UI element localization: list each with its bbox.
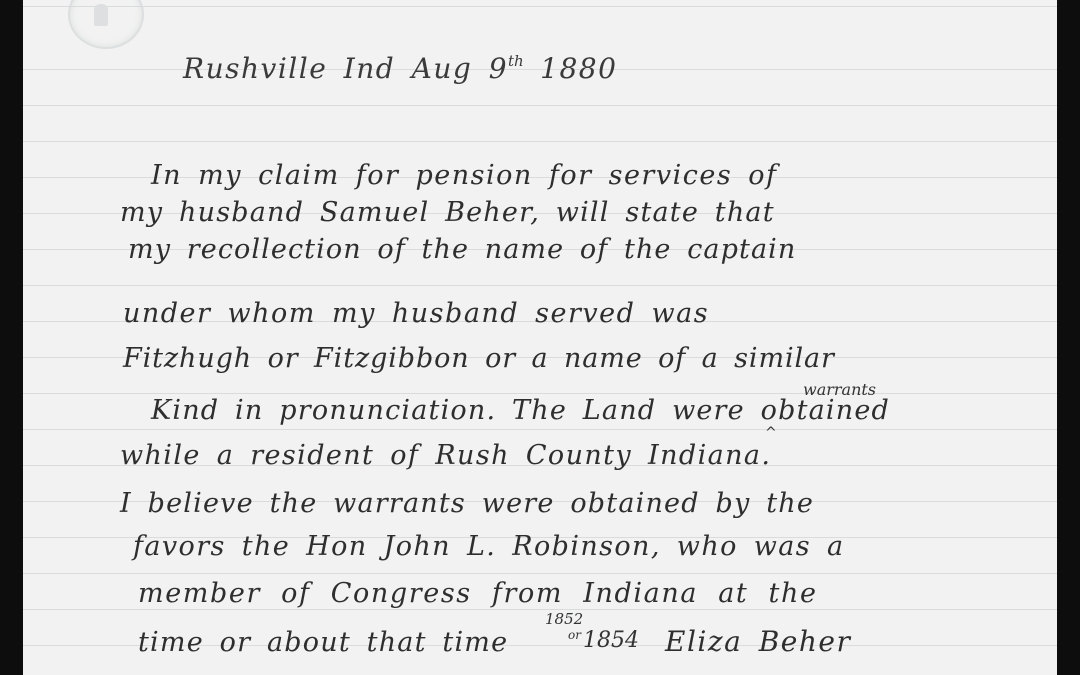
body-line-11: time or about that time: [138, 627, 508, 658]
dateline-day-suffix: th: [508, 52, 524, 70]
body-line-1: In my claim for pension for services of: [151, 160, 778, 191]
dateline: Rushville Ind Aug 9th 1880: [183, 52, 617, 85]
body-line-2: my husband Samuel Beher, will state that: [120, 197, 775, 228]
seal-emblem-icon: [94, 4, 108, 26]
inserted-year-1854: 1854: [583, 628, 639, 653]
body-line-3: my recollection of the name of the capta…: [128, 234, 796, 265]
inserted-year-joiner: or: [568, 628, 581, 642]
body-line-6: Kind in pronunciation. The Land were obt…: [151, 395, 890, 426]
inserted-word-warrants: warrants: [803, 380, 876, 399]
dateline-year: 1880: [540, 52, 617, 85]
dateline-month: Aug: [412, 52, 473, 85]
body-line-7: while a resident of Rush County Indiana.: [120, 440, 771, 471]
scan-frame: Rushville Ind Aug 9th 1880 In my claim f…: [0, 0, 1080, 675]
body-line-8: I believe the warrants were obtained by …: [120, 488, 814, 519]
dateline-day: 9th: [489, 52, 524, 85]
ruled-paper-page: Rushville Ind Aug 9th 1880 In my claim f…: [23, 0, 1057, 675]
body-line-9: favors the Hon John L. Robinson, who was…: [133, 531, 845, 562]
inserted-year-1852: 1852: [545, 610, 583, 628]
dateline-place: Rushville Ind: [183, 52, 395, 85]
body-line-4: under whom my husband served was: [123, 298, 709, 329]
body-line-10: member of Congress from Indiana at the: [138, 578, 818, 609]
insertion-caret-icon: ^: [765, 425, 777, 441]
signature: Eliza Beher: [665, 625, 851, 658]
body-line-5: Fitzhugh or Fitzgibbon or a name of a si…: [123, 343, 835, 374]
embossed-seal-icon: [68, 0, 144, 49]
